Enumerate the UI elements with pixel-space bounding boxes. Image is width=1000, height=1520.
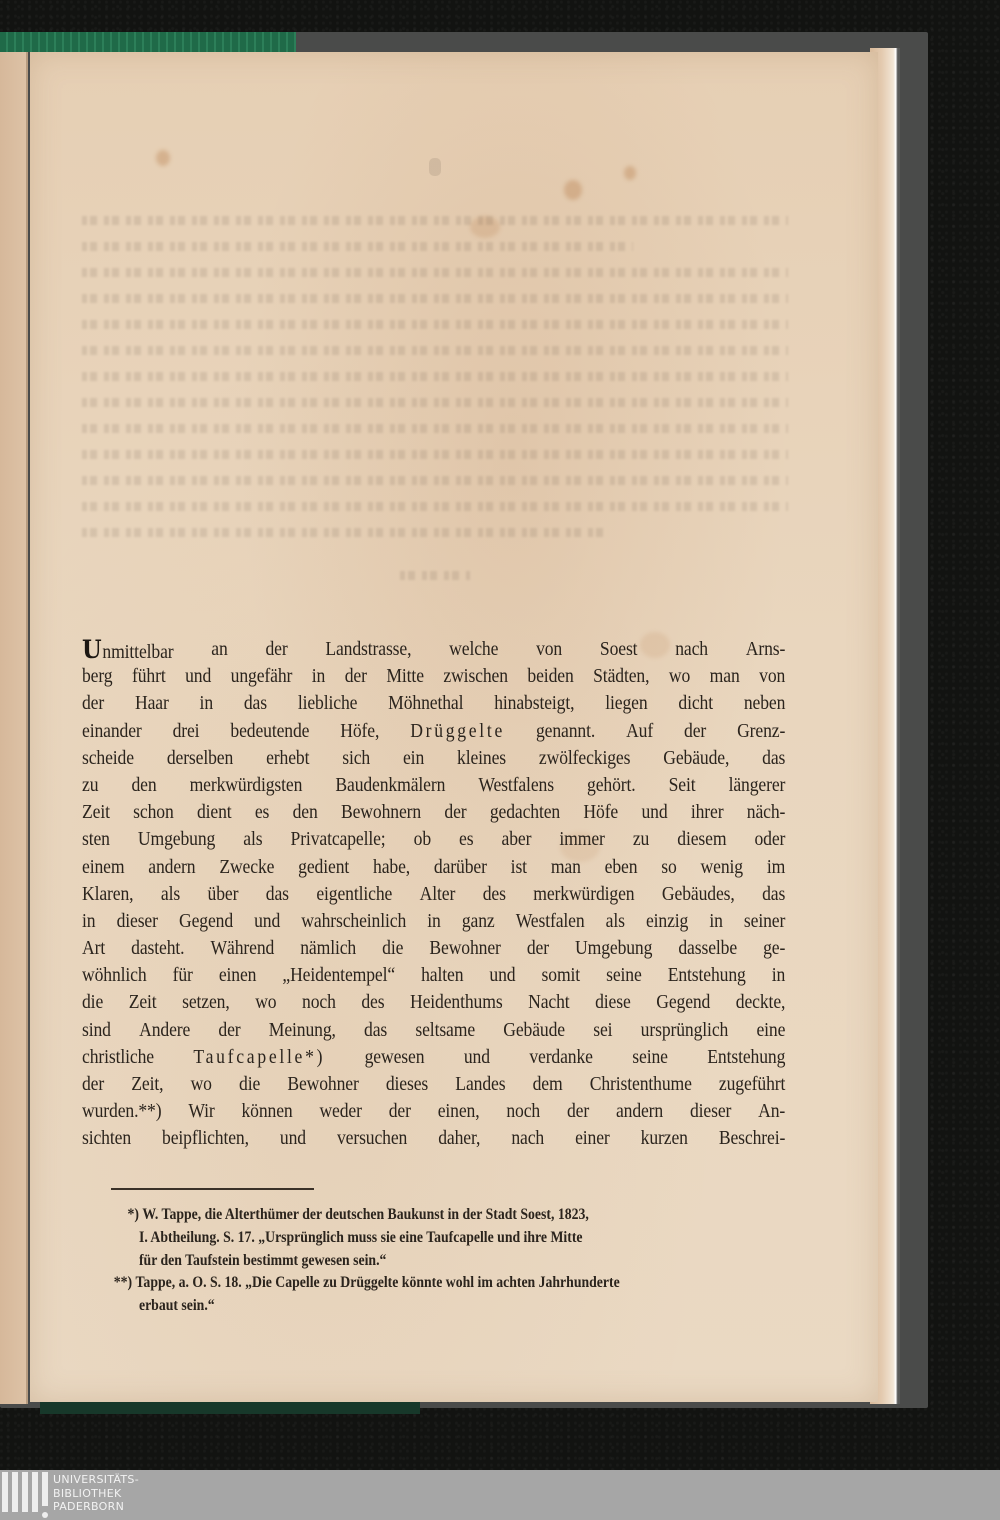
- library-name: UNIVERSITÄTS- BIBLIOTHEK PADERBORN: [53, 1473, 139, 1514]
- word: der: [444, 799, 466, 826]
- word: das: [266, 881, 289, 908]
- word: scheide: [82, 745, 134, 772]
- word: einen,: [438, 1098, 480, 1125]
- word: andern: [148, 854, 195, 881]
- library-name-line-1: UNIVERSITÄTS-: [53, 1473, 139, 1487]
- word: gewesen: [365, 1044, 425, 1071]
- footnote-marker: **): [101, 1272, 135, 1295]
- word: Gebäude,: [663, 745, 729, 772]
- word: kurzen: [641, 1125, 688, 1152]
- word: ein: [403, 745, 424, 772]
- library-name-line-3: PADERBORN: [53, 1500, 139, 1514]
- word: das: [244, 690, 267, 717]
- word: sichten: [82, 1125, 131, 1152]
- word: immer: [559, 826, 604, 853]
- word: es: [459, 826, 473, 853]
- word: der: [389, 1098, 411, 1125]
- word: eine: [756, 1017, 785, 1044]
- word: als: [606, 908, 625, 935]
- word: es: [255, 799, 269, 826]
- word: diese: [595, 989, 631, 1016]
- word: ob: [414, 826, 431, 853]
- word: Drüggelte: [410, 718, 505, 745]
- word: so: [661, 854, 676, 881]
- word: weder: [319, 1098, 361, 1125]
- word: Auf: [626, 718, 653, 745]
- word: liebliche: [298, 690, 357, 717]
- word: der: [218, 1017, 240, 1044]
- word: zugeführt: [719, 1071, 785, 1098]
- word: Heidenthums: [410, 989, 503, 1016]
- word: Arns-: [746, 636, 785, 663]
- word: der: [82, 1071, 104, 1098]
- word: christliche: [82, 1044, 154, 1071]
- previous-leaf-edge: [0, 52, 28, 1404]
- bleed-through-page-number: [429, 158, 441, 176]
- word: darüber: [434, 854, 487, 881]
- word: Zeit: [129, 989, 157, 1016]
- word: als: [161, 881, 180, 908]
- word: in: [312, 663, 325, 690]
- footnote-line: **) Tappe, a. O. S. 18. „Die Capelle zu …: [108, 1272, 696, 1295]
- word: halten: [421, 962, 463, 989]
- word: für: [173, 962, 193, 989]
- word: dieses: [386, 1071, 428, 1098]
- text-line: einemandernZweckegedienthabe,darüberistm…: [82, 854, 785, 881]
- word: wöhnlich: [82, 962, 147, 989]
- word: eben: [605, 854, 638, 881]
- text-line: dieZeitsetzen,wonochdesHeidenthumsNachtd…: [82, 989, 785, 1016]
- word: ungefähr: [231, 663, 293, 690]
- word: noch: [506, 1098, 540, 1125]
- word: Christenthume: [590, 1071, 692, 1098]
- word: Gebäudes,: [662, 881, 735, 908]
- word: des: [483, 881, 506, 908]
- word: das: [762, 881, 785, 908]
- text-line: Klaren,alsüberdaseigentlicheAlterdesmerk…: [82, 881, 785, 908]
- word: beipflichten,: [162, 1125, 249, 1152]
- footnote-text: für den Taufstein bestimmt gewesen sein.…: [139, 1252, 386, 1269]
- word: ihrer: [691, 799, 724, 826]
- word: dasselbe: [678, 935, 737, 962]
- word: an: [211, 636, 227, 663]
- word: Landstrasse,: [325, 636, 411, 663]
- word: von: [759, 663, 785, 690]
- text-line: Artdasteht.WährendnämlichdieBewohnerderU…: [82, 935, 785, 962]
- word: als: [243, 826, 262, 853]
- footnote-marker: *): [108, 1204, 142, 1227]
- word: in: [772, 962, 785, 989]
- word: welche: [449, 636, 498, 663]
- word: seine: [632, 1044, 668, 1071]
- word: gedachten: [490, 799, 560, 826]
- word: dasteht.: [131, 935, 184, 962]
- word: genannt.: [536, 718, 595, 745]
- word: zu: [82, 772, 98, 799]
- word: der: [684, 718, 706, 745]
- word: drei: [173, 718, 200, 745]
- word: Andere: [139, 1017, 190, 1044]
- word: Beschrei-: [719, 1125, 785, 1152]
- word: der: [527, 935, 549, 962]
- text-line: zudenmerkwürdigstenBaudenkmälernWestfale…: [82, 772, 785, 799]
- word: Wir: [188, 1098, 214, 1125]
- word: wo: [255, 989, 276, 1016]
- word: Westfalens: [478, 772, 554, 799]
- text-line: ZeitschondientesdenBewohnerndergedachten…: [82, 799, 785, 826]
- word: gedient: [298, 854, 349, 881]
- word: Umgebung: [575, 935, 652, 962]
- word: wo: [669, 663, 690, 690]
- word: habe,: [373, 854, 410, 881]
- footnote-line: erbaut sein.“: [108, 1295, 696, 1318]
- word: derselben: [167, 745, 233, 772]
- word: andern: [616, 1098, 663, 1125]
- word: die: [239, 1071, 260, 1098]
- word: Bewohner: [429, 935, 500, 962]
- word: Bewohnern: [341, 799, 421, 826]
- word: Entstehung: [707, 1044, 785, 1071]
- word: einander: [82, 718, 142, 745]
- word: sten: [82, 826, 110, 853]
- word: Landes: [455, 1071, 505, 1098]
- word: hinabsteigt,: [494, 690, 574, 717]
- word: sei: [593, 1017, 612, 1044]
- text-line: einanderdreibedeutendeHöfe,Drüggeltegena…: [82, 718, 785, 745]
- word: „Heidentempel“: [282, 962, 395, 989]
- word: beiden: [527, 663, 573, 690]
- word: Bewohner: [287, 1071, 358, 1098]
- word: man: [710, 663, 740, 690]
- word: ist: [511, 854, 527, 881]
- word: wahrscheinlich: [301, 908, 406, 935]
- word: einem: [82, 854, 124, 881]
- text-line: sichtenbeipflichten,undversuchendaher,na…: [82, 1125, 785, 1152]
- text-line: scheidederselbenerhebtsicheinkleineszwöl…: [82, 745, 785, 772]
- word: eigentliche: [316, 881, 392, 908]
- word: Mitte: [386, 663, 424, 690]
- word: in: [82, 908, 95, 935]
- word: einen: [219, 962, 257, 989]
- word: seltsame: [415, 1017, 475, 1044]
- word: Art: [82, 935, 105, 962]
- footnote-separator: [111, 1188, 314, 1190]
- word: somit: [542, 962, 581, 989]
- word: ganz: [462, 908, 495, 935]
- word: nmittelbar: [102, 639, 173, 666]
- word: bedeutende: [230, 718, 309, 745]
- word: noch: [302, 989, 336, 1016]
- word: merkwürdigsten: [190, 772, 303, 799]
- word: Baudenkmälern: [335, 772, 445, 799]
- word: näch-: [747, 799, 785, 826]
- word: den: [293, 799, 318, 826]
- word: Soest: [600, 636, 638, 663]
- footnotes: *) W. Tappe, die Alterthümer der deutsch…: [108, 1204, 792, 1318]
- spine-cloth-bottom: [40, 1402, 420, 1414]
- word: Zeit: [82, 799, 110, 826]
- word: Alter: [420, 881, 456, 908]
- word: Nacht: [528, 989, 569, 1016]
- word: Möhnethal: [388, 690, 463, 717]
- word: gehört.: [587, 772, 636, 799]
- footnote-line: *) W. Tappe, die Alterthümer der deutsch…: [108, 1204, 696, 1227]
- word: zwölfeckiges: [539, 745, 630, 772]
- word: aber: [502, 826, 532, 853]
- word: längerer: [729, 772, 786, 799]
- library-name-line-2: BIBLIOTHEK: [53, 1487, 139, 1501]
- text-line: christlicheTaufcapelle*)gewesenundverdan…: [82, 1044, 785, 1071]
- word: seiner: [744, 908, 785, 935]
- word: und: [185, 663, 211, 690]
- word: nach: [511, 1125, 544, 1152]
- word: sich: [342, 745, 370, 772]
- bleed-through-text: [82, 158, 788, 558]
- word: deckte,: [736, 989, 785, 1016]
- word: Zwecke: [219, 854, 274, 881]
- word: der: [82, 690, 104, 717]
- word: und: [280, 1125, 306, 1152]
- word: kleines: [457, 745, 506, 772]
- text-line: derZeit,wodieBewohnerdiesesLandesdemChri…: [82, 1071, 785, 1098]
- word: Höfe,: [340, 718, 379, 745]
- word: wenig: [701, 854, 743, 881]
- word: dieser: [117, 908, 158, 935]
- word: Haar: [135, 690, 169, 717]
- word: berg: [82, 663, 112, 690]
- text-line: derHaarindaslieblicheMöhnethalhinabsteig…: [82, 690, 785, 717]
- word: verdanke: [529, 1044, 593, 1071]
- word: von: [536, 636, 562, 663]
- footnote-line: für den Taufstein bestimmt gewesen sein.…: [108, 1250, 696, 1273]
- word: seine: [606, 962, 642, 989]
- word: Gebäude: [503, 1017, 565, 1044]
- word: merkwürdigen: [533, 881, 634, 908]
- word: das: [364, 1017, 387, 1044]
- footnote-line: I. Abtheilung. S. 17. „Ursprünglich muss…: [108, 1227, 696, 1250]
- word: wo: [191, 1071, 212, 1098]
- word: im: [767, 854, 785, 881]
- word: neben: [744, 690, 785, 717]
- word: Meinung,: [269, 1017, 336, 1044]
- word: Während: [211, 935, 275, 962]
- text-line: UnmittelbaranderLandstrasse,welchevonSoe…: [82, 636, 785, 663]
- word: versuchen: [337, 1125, 407, 1152]
- word: diesem: [677, 826, 726, 853]
- word: ge-: [763, 935, 785, 962]
- word: des: [361, 989, 384, 1016]
- word: liegen: [605, 690, 647, 717]
- word: den: [131, 772, 156, 799]
- word: Privatcapelle;: [291, 826, 386, 853]
- word: die: [382, 935, 403, 962]
- word: Seit: [669, 772, 696, 799]
- word: man: [551, 854, 581, 881]
- footnote-text: I. Abtheilung. S. 17. „Ursprünglich muss…: [139, 1229, 583, 1246]
- first-word: Unmittelbar: [82, 636, 174, 663]
- word: wurden.**): [82, 1098, 161, 1125]
- word: in: [427, 908, 440, 935]
- text-line: bergführtundungefährinderMittezwischenbe…: [82, 663, 785, 690]
- word: Klaren,: [82, 881, 133, 908]
- word: erhebt: [266, 745, 309, 772]
- word: können: [241, 1098, 292, 1125]
- word: Entstehung: [668, 962, 746, 989]
- word: Gegend: [656, 989, 710, 1016]
- word: dient: [197, 799, 232, 826]
- word: Taufcapelle*): [193, 1044, 325, 1071]
- footnote-text: Tappe, a. O. S. 18. „Die Capelle zu Drüg…: [136, 1274, 620, 1291]
- word: das: [762, 745, 785, 772]
- word: einzig: [646, 908, 688, 935]
- text-line: wurden.**)Wirkönnenwederdereinen,nochder…: [82, 1098, 785, 1125]
- word: setzen,: [182, 989, 230, 1016]
- spine-cloth-top: [0, 32, 296, 52]
- footnote-text: W. Tappe, die Alterthümer der deutschen …: [142, 1206, 588, 1223]
- word: dieser: [690, 1098, 731, 1125]
- word: und: [489, 962, 515, 989]
- body-paragraph: UnmittelbaranderLandstrasse,welchevonSoe…: [82, 636, 786, 1153]
- drop-initial: U: [82, 636, 101, 663]
- text-line: sindAnderederMeinung,dasseltsameGebäudes…: [82, 1017, 785, 1044]
- word: schon: [133, 799, 173, 826]
- text-line: wöhnlichfüreinen„Heidentempel“haltenunds…: [82, 962, 785, 989]
- word: die: [82, 989, 103, 1016]
- word: nämlich: [300, 935, 356, 962]
- word: und: [641, 799, 667, 826]
- word: sind: [82, 1017, 111, 1044]
- word: in: [200, 690, 213, 717]
- text-line: stenUmgebungalsPrivatcapelle;obesaberimm…: [82, 826, 785, 853]
- library-footer: UNIVERSITÄTS- BIBLIOTHEK PADERBORN: [0, 1470, 1000, 1520]
- word: dem: [533, 1071, 563, 1098]
- word: der: [265, 636, 287, 663]
- word: daher,: [438, 1125, 480, 1152]
- word: Grenz-: [737, 718, 785, 745]
- word: über: [208, 881, 239, 908]
- word: Gegend: [179, 908, 233, 935]
- word: und: [464, 1044, 490, 1071]
- word: der: [345, 663, 367, 690]
- word: Städten,: [593, 663, 649, 690]
- word: Umgebung: [138, 826, 215, 853]
- word: An-: [758, 1098, 785, 1125]
- word: Zeit,: [131, 1071, 163, 1098]
- word: und: [254, 908, 280, 935]
- word: in: [709, 908, 722, 935]
- word: Westfalen: [516, 908, 585, 935]
- text-line: indieserGegendundwahrscheinlichinganzWes…: [82, 908, 785, 935]
- word: ursprünglich: [641, 1017, 729, 1044]
- word: dicht: [678, 690, 713, 717]
- word: nach: [675, 636, 708, 663]
- word: der: [567, 1098, 589, 1125]
- word: zwischen: [443, 663, 508, 690]
- word: oder: [754, 826, 785, 853]
- word: einer: [575, 1125, 610, 1152]
- word: zu: [633, 826, 649, 853]
- footnote-text: erbaut sein.“: [139, 1297, 215, 1314]
- word: führt: [132, 663, 166, 690]
- word: Höfe: [583, 799, 618, 826]
